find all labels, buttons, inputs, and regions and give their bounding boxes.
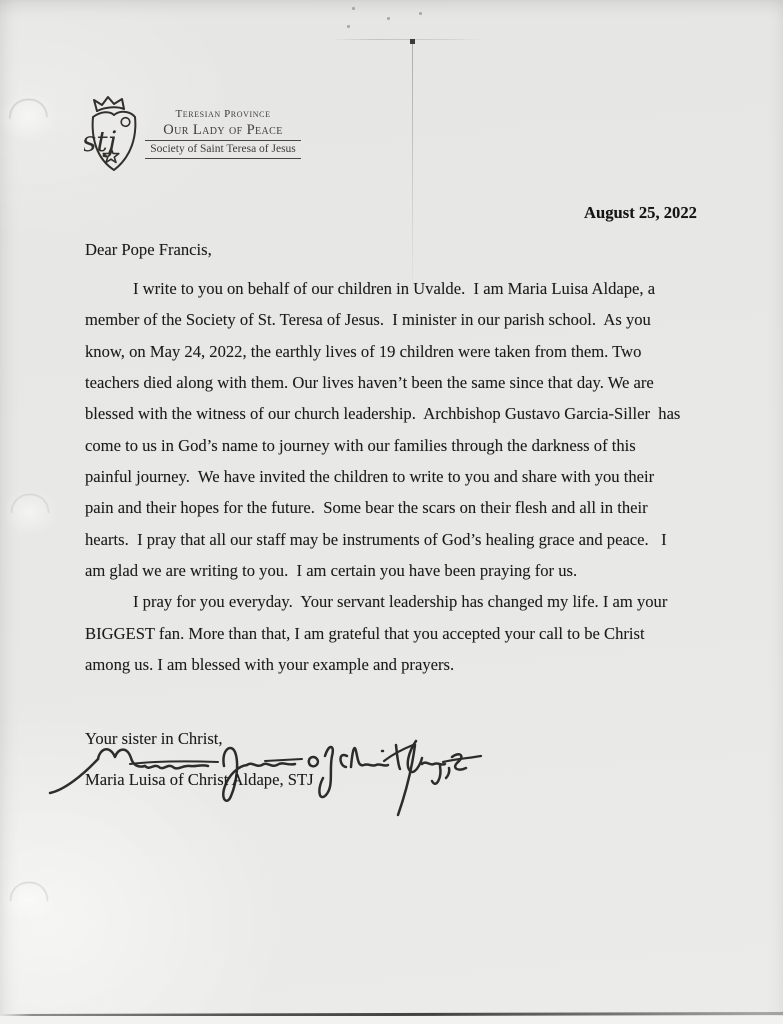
letterhead-society: Society of Saint Teresa of Jesus [145,141,301,157]
scanner-bed-strip [0,1016,783,1024]
hole-punch-mark [10,882,48,901]
letter-body-line: painful journey. We have invited the chi… [85,461,745,492]
letter-body-line: member of the Society of St. Teresa of J… [85,304,745,335]
scan-scratch-horizontal [330,39,482,40]
letter-body-line: I pray for you everyday. Your servant le… [85,586,745,617]
letter-body-line: BIGGEST fan. More than that, I am gratef… [85,618,745,649]
letter-body-line: I write to you on behalf of our children… [85,273,745,304]
letterhead: Teresian Province Our Lady of Peace Soci… [145,108,301,159]
typed-signature-name: Maria Luisa of Christ Aldape, STJ [85,770,314,790]
crown-icon [94,97,124,111]
scan-speck [387,17,390,20]
letter-date: August 25, 2022 [584,203,697,223]
hole-punch-mark [11,494,49,513]
crown-icon [97,107,124,111]
scan-speck [347,25,350,28]
scanned-letter-page: stj Teresian Province Our Lady of Peace … [0,0,783,1024]
stj-crest-logo: stj [84,94,144,180]
letter-body-line: am glad we are writing to you. I am cert… [85,555,745,586]
stj-monogram: stj [84,125,117,158]
letterhead-title: Our Lady of Peace [145,122,301,139]
letter-body: I write to you on behalf of our children… [85,273,745,680]
scan-scratch-vertical [412,44,413,306]
letterhead-rule [145,158,301,159]
scan-dot-artifact [410,39,415,44]
letter-body-line: teachers died along with them. Our lives… [85,367,745,398]
hole-punch-mark [9,98,48,119]
letter-body-line: know, on May 24, 2022, the earthly lives… [85,336,745,367]
letter-body-line: among us. I am blessed with your example… [85,649,745,680]
letter-body-line: come to us in God’s name to journey with… [85,430,745,461]
letter-body-line: blessed with the witness of our church l… [85,398,745,429]
letterhead-province: Teresian Province [145,108,301,121]
scan-speck [352,7,355,10]
scan-speck [419,12,422,15]
letter-salutation: Dear Pope Francis, [85,240,212,260]
crest-circle [121,118,130,127]
letter-body-line: hearts. I pray that all our staff may be… [85,524,745,555]
letter-body-line: pain and their hopes for the future. Som… [85,492,745,523]
